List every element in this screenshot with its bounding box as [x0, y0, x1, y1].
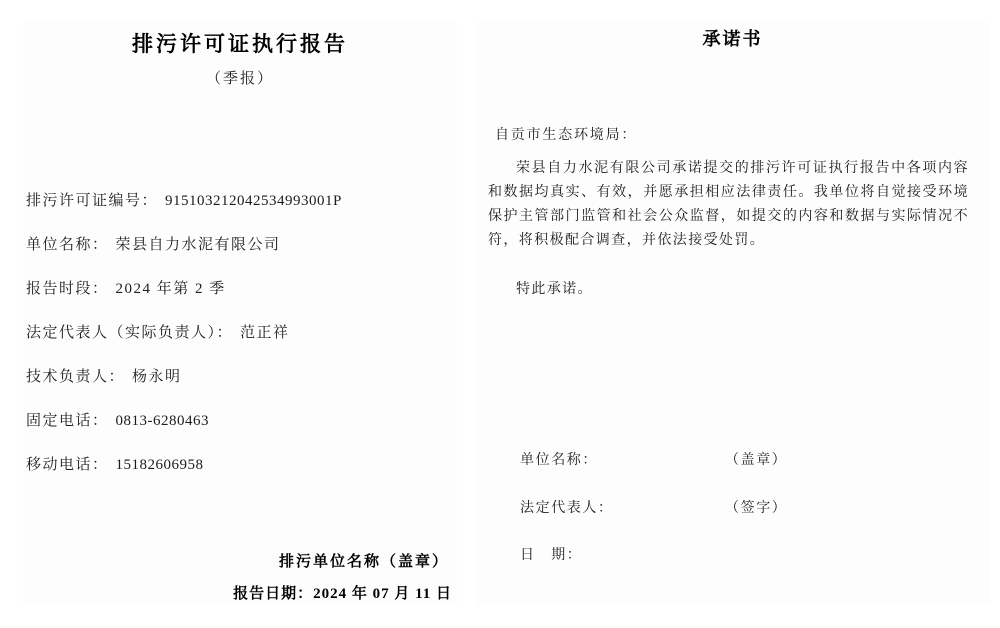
commitment-salutation: 自贡市生态环境局： [495, 124, 637, 144]
field-legal-representative: 法定代表人（实际负责人）：范正祥 [26, 321, 455, 342]
field-technical-lead: 技术负责人：杨永明 [26, 365, 455, 386]
report-cover-page: 排污许可证执行报告 （季报） 排污许可证编号：91510321204253499… [23, 22, 457, 605]
commitment-letter-page: 承诺书 自贡市生态环境局： 荣县自力水泥有限公司承诺提交的排污许可证执行报告中各… [475, 22, 990, 605]
commitment-title: 承诺书 [475, 25, 990, 51]
field-mobile-phone: 移动电话：15182606958 [26, 453, 455, 474]
signature-row-date: 日 期： [520, 544, 970, 564]
field-value: 15182606958 [116, 457, 204, 473]
signature-label: 日 期： [520, 548, 582, 563]
signature-row-legal-representative: 法定代表人： （签字） [520, 497, 970, 517]
field-report-period: 报告时段：2024 年第 2 季 [26, 277, 455, 298]
signature-label: 法定代表人： [520, 501, 614, 516]
field-label: 技术负责人： [26, 369, 125, 385]
field-label: 法定代表人（实际负责人）： [26, 325, 233, 341]
field-value: 2024 年第 2 季 [116, 281, 226, 297]
field-value: 915103212042534993001P [165, 193, 342, 209]
signature-hint: （盖章） [725, 449, 787, 469]
report-date-line: 报告日期：2024 年 07 月 11 日 [233, 582, 452, 603]
field-label: 固定电话： [26, 413, 109, 429]
unit-seal-line: 排污单位名称（盖章） [279, 550, 449, 571]
report-subtitle: （季报） [23, 67, 457, 88]
report-title: 排污许可证执行报告 [23, 28, 457, 58]
commitment-closing: 特此承诺。 [488, 278, 969, 302]
commitment-body: 荣县自力水泥有限公司承诺提交的排污许可证执行报告中各项内容和数据均真实、有效，并… [488, 157, 969, 253]
field-value: 杨永明 [132, 369, 182, 385]
field-label: 移动电话： [26, 457, 109, 473]
field-label: 报告时段： [26, 281, 109, 297]
field-value: 0813-6280463 [116, 413, 210, 429]
field-permit-number: 排污许可证编号：915103212042534993001P [26, 189, 455, 210]
signature-hint: （签字） [725, 497, 787, 517]
field-company-name: 单位名称：荣县自力水泥有限公司 [26, 233, 455, 254]
field-label: 排污许可证编号： [26, 193, 158, 209]
signature-label: 单位名称： [520, 453, 598, 468]
field-landline-phone: 固定电话：0813-6280463 [26, 409, 455, 430]
field-value: 范正祥 [240, 325, 290, 341]
signature-row-unit-name: 单位名称： （盖章） [520, 449, 970, 469]
field-label: 单位名称： [26, 237, 109, 253]
field-value: 荣县自力水泥有限公司 [116, 237, 281, 253]
